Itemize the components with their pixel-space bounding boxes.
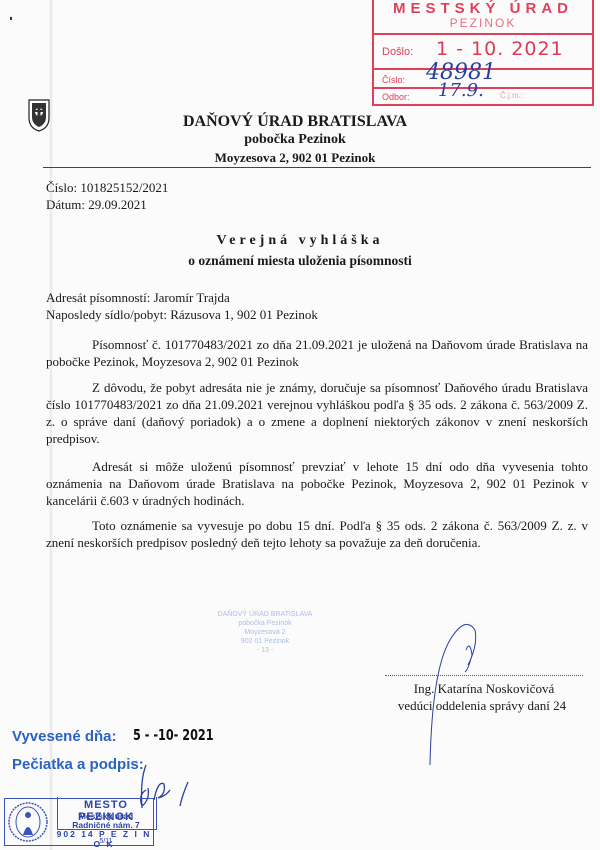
received-label: Došlo:: [382, 46, 413, 58]
office-stamp: DAŇOVÝ ÚRAD BRATISLAVA pobočka Pezinok M…: [205, 610, 325, 655]
posted-date: 5 - -10- 2021: [133, 726, 214, 744]
signatory-role: vedúci oddelenia správy daní 24: [372, 698, 592, 714]
paragraph-1: Písomnosť č. 101770483/2021 zo dňa 21.09…: [46, 336, 588, 370]
posted-label: Vyvesené dňa:: [12, 728, 117, 745]
authority-address: Moyzesova 2, 902 01 Pezinok: [160, 150, 430, 166]
city-crest-icon: [7, 801, 49, 843]
paragraph-4: Toto oznámenie sa vyvesuje po dobu 15 dn…: [46, 517, 588, 551]
state-emblem-icon: [27, 98, 51, 132]
authority-name: DAŇOVÝ ÚRAD BRATISLAVA: [160, 113, 430, 131]
stamp-sign-label: Pečiatka a podpis:: [12, 756, 144, 773]
scan-speck: [10, 17, 12, 20]
reference-date: Dátum: 29.09.2021: [46, 197, 147, 213]
addressee-name: Adresát písomností: Jaromír Trajda: [46, 290, 230, 306]
registry-stamp: MESTSKÝ ÚRAD PEZINOK Došlo: 1 - 10. 2021…: [372, 0, 594, 106]
authority-branch: pobočka Pezinok: [160, 132, 430, 148]
city-office-stamp: MESTO PEZINOK Mestský úrad Radničné nám.…: [4, 798, 154, 846]
department-handwritten: 17.9.: [438, 80, 484, 101]
reference-number: Číslo: 101825152/2021: [46, 180, 168, 196]
number-label: Číslo:: [382, 75, 405, 85]
registry-stamp-town: PEZINOK: [374, 16, 592, 30]
addressee-residence: Naposledy sídlo/pobyt: Rázusova 1, 902 0…: [46, 307, 318, 323]
divider: [374, 33, 592, 35]
signature-line: [385, 675, 583, 676]
department-label: Odbor:: [382, 92, 410, 102]
extra-label: Č.j.m.:: [500, 91, 523, 100]
signatory-name: Ing. Katarína Noskovičová: [385, 681, 583, 697]
paragraph-3: Adresát si môže uloženú písomnosť prevzi…: [46, 458, 588, 509]
header-rule: [43, 167, 591, 168]
received-date: 1 - 10. 2021: [436, 38, 564, 60]
document-subtitle: o oznámení miesta uloženia písomnosti: [0, 253, 600, 269]
registry-stamp-office: MESTSKÝ ÚRAD: [374, 0, 592, 17]
paragraph-2: Z dôvodu, že pobyt adresáta nie je známy…: [46, 379, 588, 447]
document-title: Verejná vyhláška: [0, 233, 600, 249]
